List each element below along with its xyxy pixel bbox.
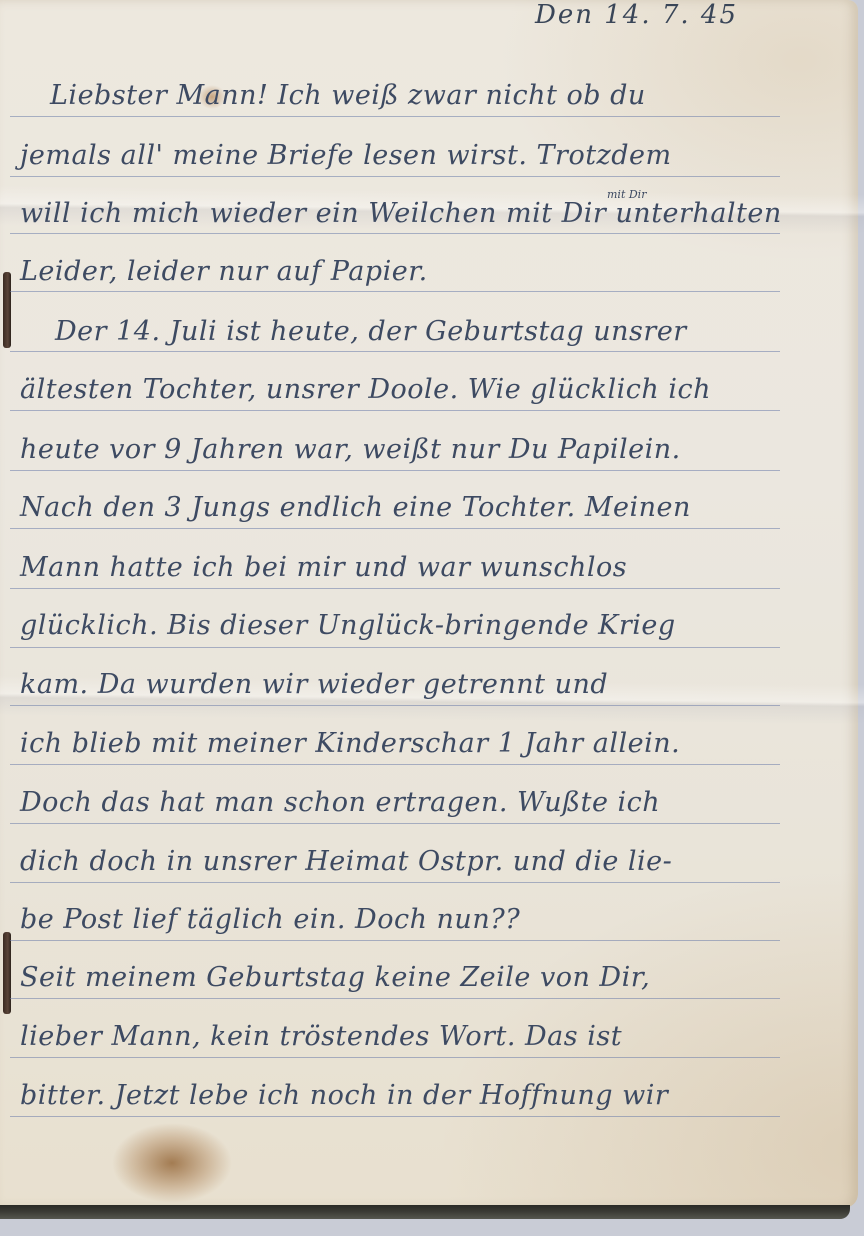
letter-line-12: ich blieb mit meiner Kinderschar 1 Jahr … — [20, 728, 680, 759]
letter-line-4: Leider, leider nur auf Papier. — [20, 256, 428, 287]
rule-line — [10, 998, 780, 999]
letter-line-17: lieber Mann, kein tröstendes Wort. Das i… — [20, 1021, 622, 1052]
rule-line — [10, 647, 780, 648]
rule-line — [10, 940, 780, 941]
letter-line-16: Seit meinem Geburtstag keine Zeile von D… — [20, 962, 650, 993]
notebook-page-edges — [0, 1205, 850, 1219]
letter-line-3: will ich mich wieder ein Weilchen mit Di… — [20, 198, 782, 229]
rule-line — [10, 351, 780, 352]
rule-line — [10, 116, 780, 117]
rule-line — [10, 588, 780, 589]
letter-line-18: bitter. Jetzt lebe ich noch in der Hoffn… — [20, 1080, 668, 1111]
letter-line-11: kam. Da wurden wir wieder getrennt und — [20, 669, 608, 700]
rule-line — [10, 233, 780, 234]
staple-bottom — [3, 932, 11, 1014]
letter-line-6: ältesten Tochter, unsrer Doole. Wie glüc… — [20, 374, 711, 405]
letter-line-10: glücklich. Bis dieser Unglück-bringende … — [20, 610, 676, 641]
rule-line — [10, 1057, 780, 1058]
letter-line-2: jemals all' meine Briefe lesen wirst. Tr… — [20, 140, 672, 171]
letter-line-8: Nach den 3 Jungs endlich eine Tochter. M… — [20, 492, 691, 523]
rule-line — [10, 470, 780, 471]
letter-date: Den 14. 7. 45 — [535, 0, 738, 30]
rule-line — [10, 882, 780, 883]
letter-line-5: Der 14. Juli ist heute, der Geburtstag u… — [55, 316, 687, 347]
staple-top — [3, 272, 11, 348]
rule-line — [10, 176, 780, 177]
letter-line-7: heute vor 9 Jahren war, weißt nur Du Pap… — [20, 434, 681, 465]
letter-line-15: be Post lief täglich ein. Doch nun?? — [20, 904, 520, 935]
rule-line — [10, 410, 780, 411]
rule-line — [10, 823, 780, 824]
letter-page: Den 14. 7. 45 mit Dir Liebster Mann! Ich… — [0, 0, 858, 1208]
rule-line — [10, 764, 780, 765]
rule-line — [10, 705, 780, 706]
letter-line-1: Liebster Mann! Ich weiß zwar nicht ob du — [50, 80, 646, 111]
rule-line — [10, 1116, 780, 1117]
rule-line — [10, 291, 780, 292]
letter-line-9: Mann hatte ich bei mir und war wunschlos — [20, 552, 627, 583]
letter-line-13: Doch das hat man schon ertragen. Wußte i… — [20, 787, 660, 818]
letter-line-14: dich doch in unsrer Heimat Ostpr. und di… — [20, 846, 672, 877]
rule-line — [10, 528, 780, 529]
